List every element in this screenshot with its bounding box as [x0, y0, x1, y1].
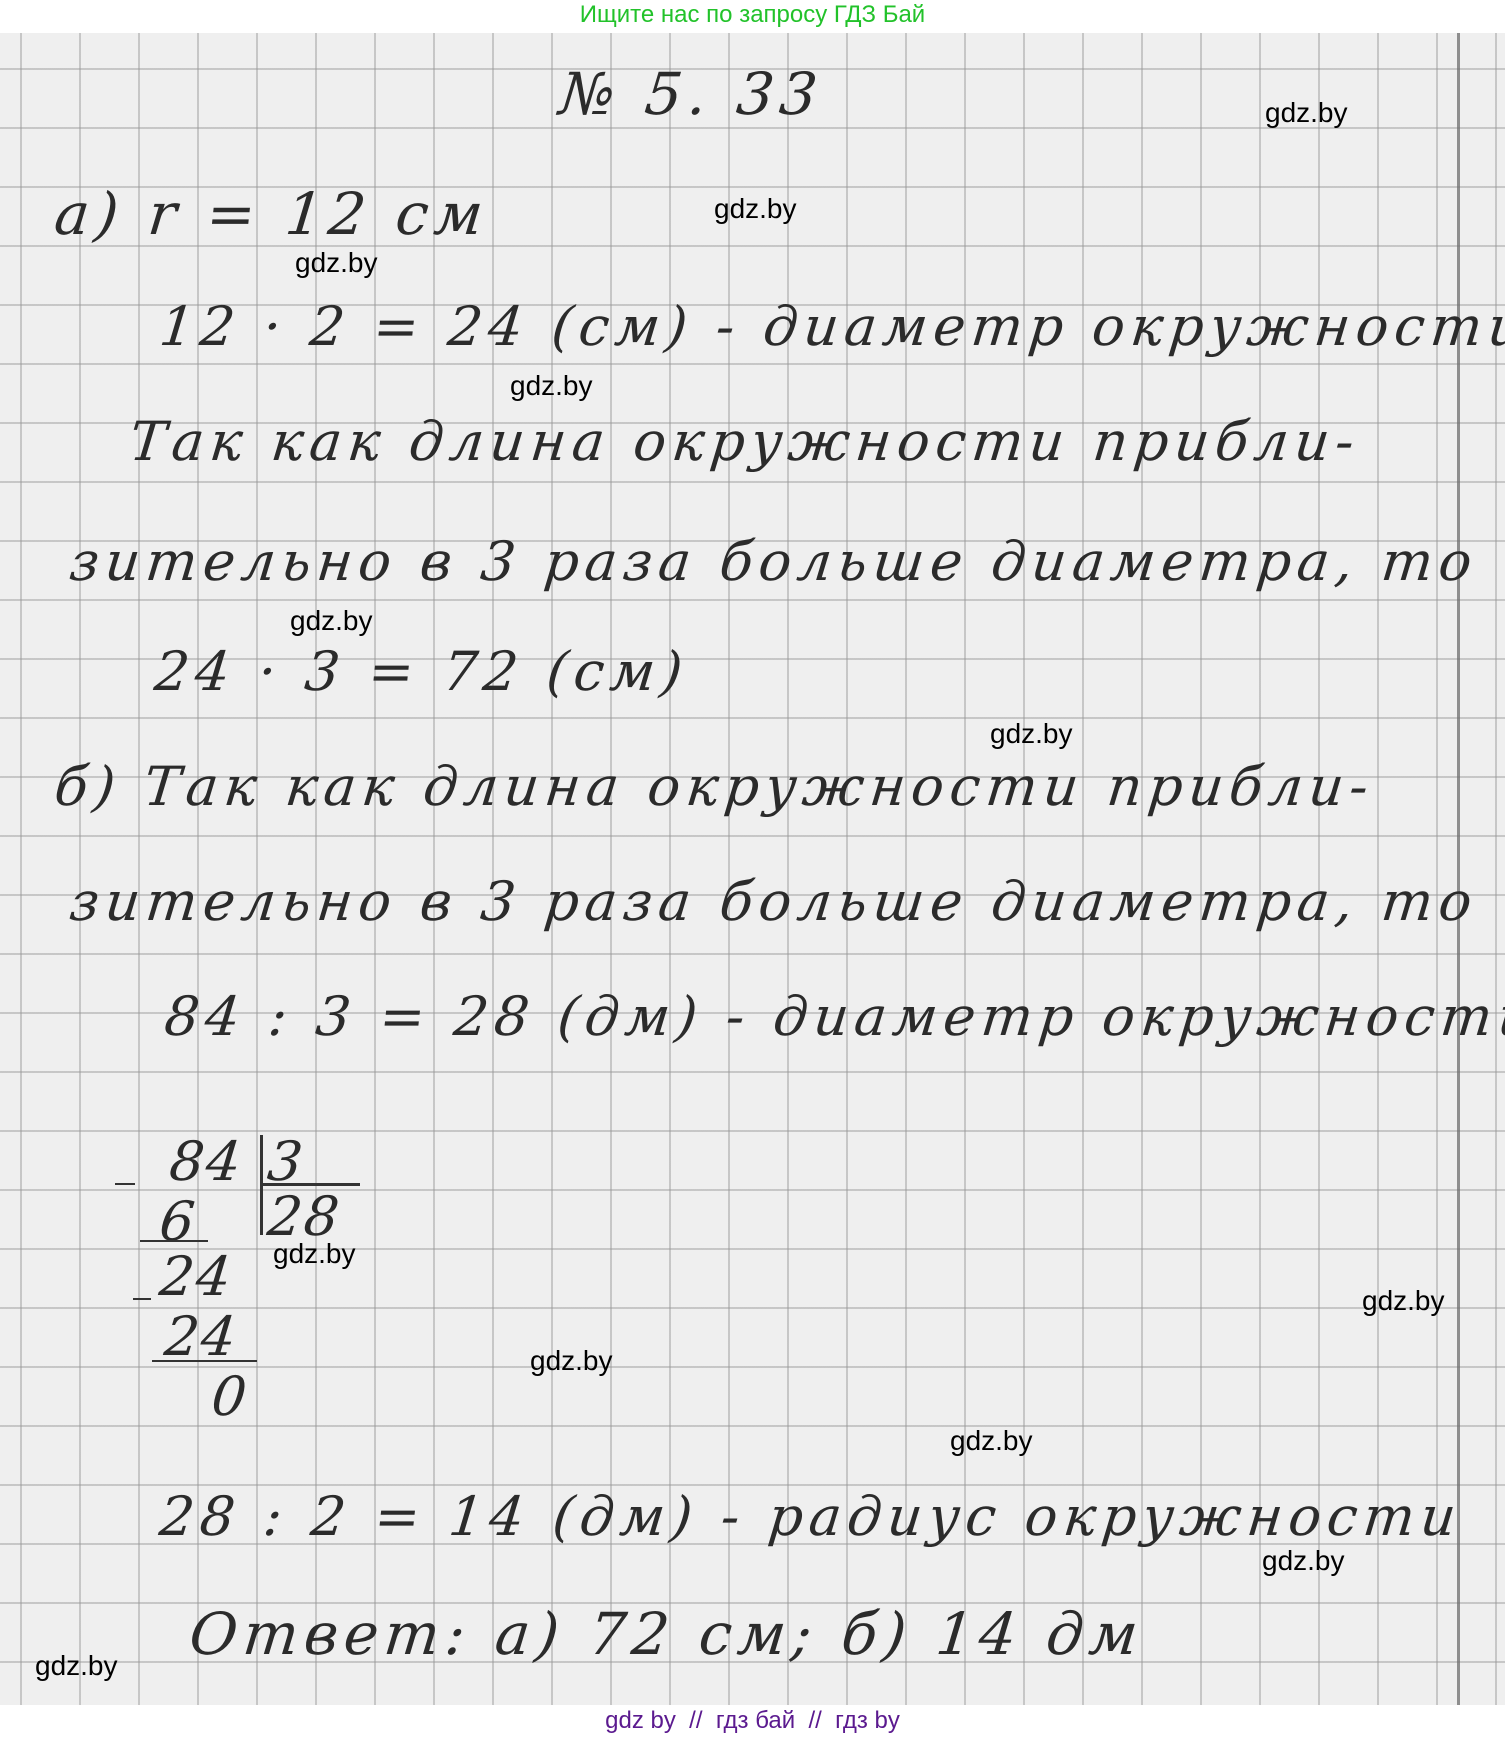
- margin-line: [1457, 33, 1460, 1705]
- answer-line: Ответ: а) 72 см; б) 14 дм: [186, 1600, 1147, 1668]
- division-step2: 24: [157, 1245, 236, 1308]
- part-b-line3: 84 : 3 = 28 (дм) - диаметр окружности: [162, 985, 1505, 1048]
- minus-sign-2: [133, 1298, 151, 1300]
- division-underline-2: [152, 1360, 257, 1362]
- watermark: gdz.by: [1362, 1285, 1445, 1317]
- part-b-line1: б) Так как длина окружности прибли-: [52, 755, 1378, 818]
- search-banner: Ищите нас по запросу ГДЗ Бай: [0, 0, 1505, 33]
- watermark: gdz.by: [273, 1238, 356, 1270]
- part-a-line3: зительно в 3 раза больше диаметра, то: [67, 530, 1481, 593]
- division-step1: 6: [157, 1190, 204, 1253]
- watermark: gdz.by: [714, 193, 797, 225]
- watermark: gdz.by: [530, 1345, 613, 1377]
- watermark: gdz.by: [295, 247, 378, 279]
- watermark: gdz.by: [1265, 97, 1348, 129]
- footer-links: gdz by // гдз бай // гдз by: [0, 1705, 1505, 1737]
- part-b-line4: 28 : 2 = 14 (дм) - радиус окружности: [157, 1485, 1465, 1548]
- watermark: gdz.by: [35, 1650, 118, 1682]
- minus-sign-1: [115, 1183, 135, 1185]
- division-underline-1: [140, 1240, 208, 1242]
- grid-paper: [0, 33, 1505, 1705]
- watermark: gdz.by: [1262, 1545, 1345, 1577]
- part-a-line2: Так как длина окружности прибли-: [127, 410, 1363, 473]
- division-step3: 24: [162, 1305, 241, 1368]
- division-dividend: 84: [167, 1130, 246, 1193]
- division-remainder: 0: [209, 1365, 256, 1428]
- watermark: gdz.by: [950, 1425, 1033, 1457]
- part-b-line2: зительно в 3 раза больше диаметра, то: [67, 870, 1481, 933]
- part-a-given: а) r = 12 см: [51, 180, 492, 248]
- watermark: gdz.by: [290, 605, 373, 637]
- exercise-number: № 5. 33: [556, 60, 826, 128]
- watermark: gdz.by: [510, 370, 593, 402]
- part-a-line1: 12 · 2 = 24 (см) - диаметр окружности: [157, 295, 1505, 358]
- part-a-line4: 24 · 3 = 72 (см): [152, 640, 692, 703]
- watermark: gdz.by: [990, 718, 1073, 750]
